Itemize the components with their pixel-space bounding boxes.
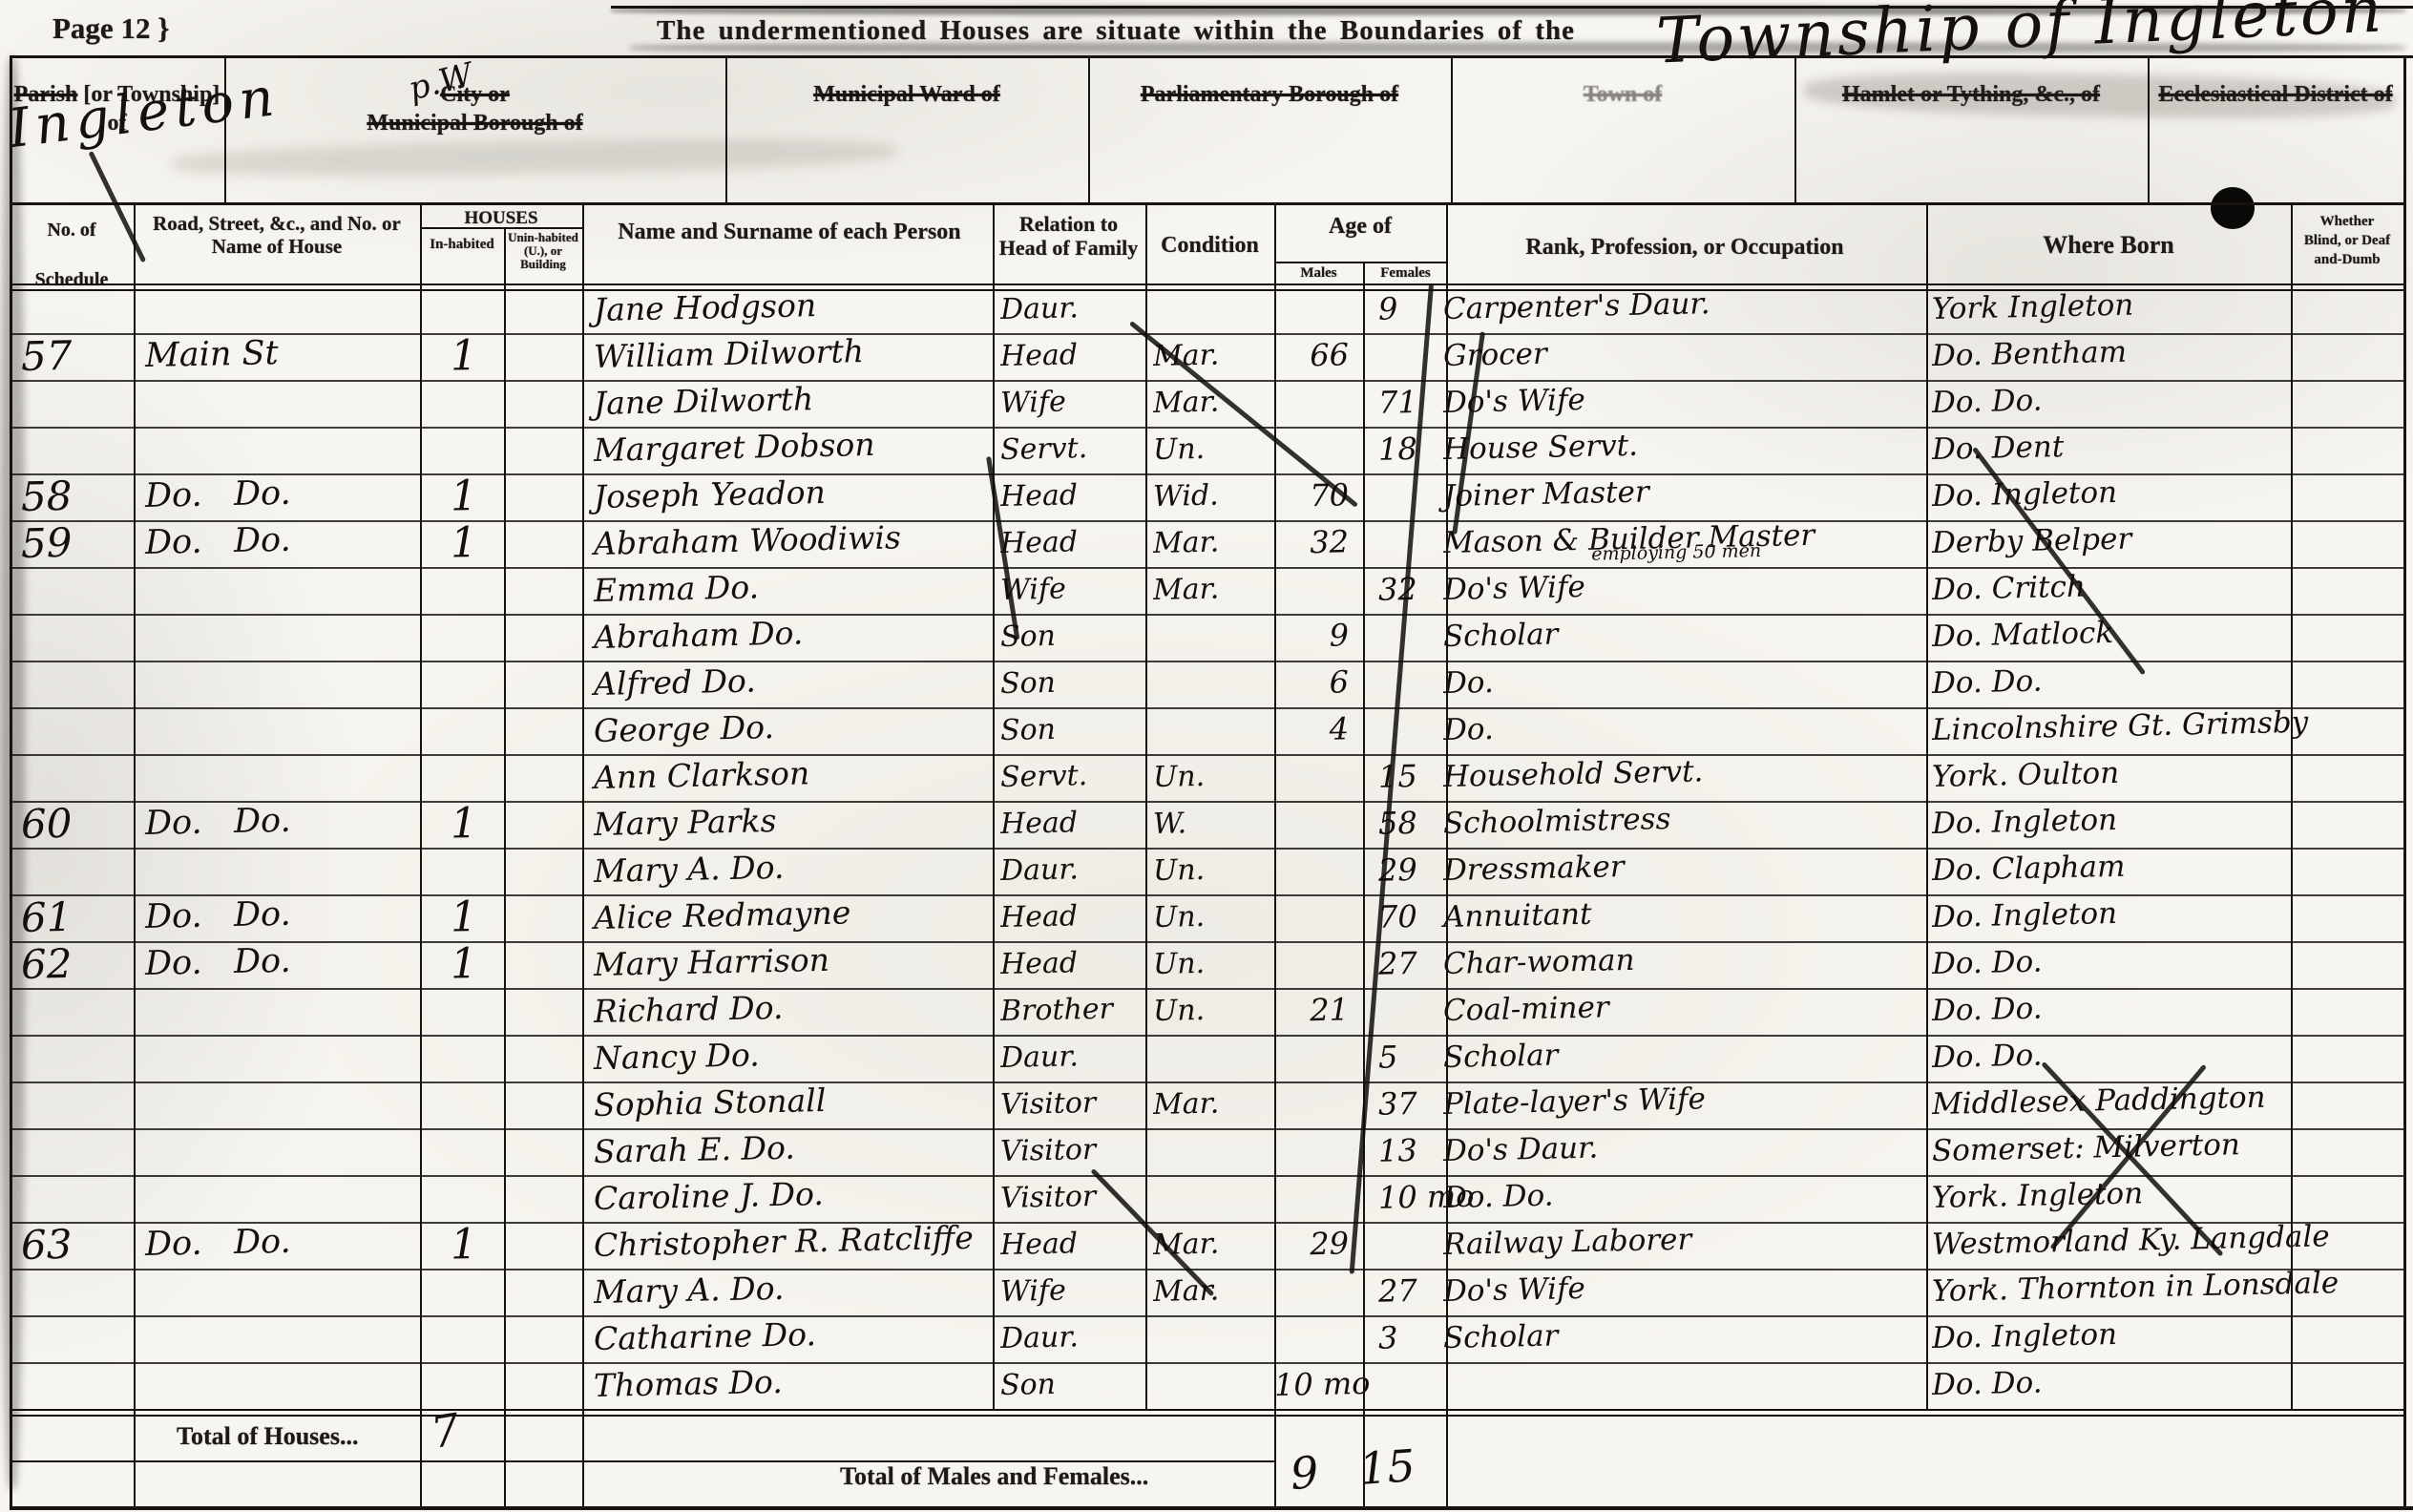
cell-road — [144, 1356, 412, 1409]
cell-road — [144, 655, 412, 707]
grid-line — [1446, 202, 1448, 1506]
cell-inhabited — [434, 1127, 493, 1175]
cell-born: York Ingleton — [1931, 279, 2293, 333]
grid-line — [1274, 262, 1446, 263]
grid-line — [134, 202, 136, 1506]
cell-inhabited: 1 — [434, 519, 493, 567]
cell-relation: Servt. — [999, 424, 1144, 473]
cell-age-male: 66 — [1273, 331, 1356, 380]
col-uninhabited: Unin-habited (U.), or Building — [505, 231, 581, 271]
cell-age-male: 29 — [1273, 1220, 1356, 1269]
cell-relation: Daur. — [999, 1312, 1144, 1362]
cell-road: Do. Do. — [144, 889, 412, 941]
total-houses-value: 7 — [428, 1403, 463, 1459]
cell-road — [144, 1310, 412, 1362]
cell-age-male: 9 — [1273, 612, 1356, 661]
table-row: 61 Do. Do. 1 Alice Redmayne Head Un. 70 … — [0, 894, 2413, 941]
ecclesiastical-label: Ecclesiastical District of — [2158, 82, 2392, 107]
cell-schedule: 61 — [20, 892, 126, 941]
cell-relation: Brother — [999, 985, 1144, 1035]
cell-condition: Mar. — [1152, 1219, 1269, 1269]
cell-age-female: 27 — [1368, 1267, 1445, 1315]
cell-inhabited — [434, 987, 493, 1035]
row-rule-line — [10, 614, 2403, 616]
table-row: Sophia Stonall Visitor Mar. 37 Plate-lay… — [0, 1081, 2413, 1128]
cell-schedule — [20, 1267, 126, 1315]
grid-line — [725, 57, 727, 202]
row-rule-line — [10, 661, 2403, 662]
cell-road — [144, 1263, 412, 1315]
cell-condition: Un. — [1152, 845, 1269, 894]
grid-line — [10, 1415, 2403, 1417]
row-rule-line — [10, 1269, 2403, 1270]
cell-relation: Son — [999, 1359, 1144, 1409]
grid-line — [1274, 202, 1276, 1506]
row-rule-line — [10, 801, 2403, 803]
cell-schedule: 57 — [20, 331, 126, 380]
cell-age-male — [1273, 1267, 1356, 1315]
grid-line — [582, 202, 584, 1506]
cell-age-male: 21 — [1273, 986, 1356, 1035]
cell-condition — [1152, 704, 1269, 754]
grid-line — [993, 202, 995, 1409]
cell-age-female — [1368, 1220, 1445, 1269]
cell-condition — [1152, 611, 1269, 661]
parl-borough-label: Parliamentary Borough of — [1141, 82, 1398, 107]
hamlet-label: Hamlet or Tything, &c., of — [1842, 82, 2100, 107]
district-cell-ecclesiastical: Ecclesiastical District of — [2148, 57, 2403, 202]
cell-age-female: 10 mo — [1368, 1173, 1445, 1222]
grid-line — [1451, 57, 1453, 202]
cell-age-female — [1368, 986, 1445, 1035]
cell-schedule: 59 — [20, 518, 126, 567]
cell-road — [144, 561, 412, 614]
col-age: Age of — [1274, 214, 1446, 239]
table-row: Caroline J. Do. Visitor 10 mo Do. Do. Yo… — [0, 1175, 2413, 1222]
col-age-males: Males — [1274, 265, 1363, 282]
grid-line — [1794, 57, 1796, 202]
cell-condition — [1152, 658, 1269, 707]
cell-condition: Mar. — [1152, 564, 1269, 614]
grid-line — [1363, 262, 1365, 1506]
cell-schedule: 58 — [20, 472, 126, 520]
table-row: Ann Clarkson Servt. Un. 15 Household Ser… — [0, 754, 2413, 801]
table-row: Catharine Do. Daur. 3 Scholar Do. Inglet… — [0, 1315, 2413, 1362]
cell-age-male — [1273, 1173, 1356, 1222]
page-number: Page 12 } — [52, 11, 169, 46]
cell-condition — [1152, 1359, 1269, 1409]
cell-relation: Head — [999, 330, 1144, 380]
table-row: Emma Do. Wife Mar. 32 Do's Wife Do. Crit… — [0, 567, 2413, 614]
cell-road: Do. Do. — [144, 1216, 412, 1269]
cell-relation: Son — [999, 611, 1144, 661]
grid-line — [10, 202, 2403, 205]
cell-age-male — [1273, 284, 1356, 333]
cell-inhabited — [434, 1081, 493, 1128]
cell-relation: Head — [999, 1219, 1144, 1269]
cell-age-male — [1273, 1080, 1356, 1128]
col-occupation: Rank, Profession, or Occupation — [1446, 235, 1923, 260]
table-row: Abraham Do. Son 9 Scholar Do. Matlock — [0, 614, 2413, 661]
cell-age-female: 13 — [1368, 1126, 1445, 1175]
cell-road — [144, 374, 412, 427]
cell-condition — [1152, 283, 1269, 333]
total-females-value: 15 — [1357, 1439, 1416, 1495]
cell-schedule — [20, 1126, 126, 1175]
cell-age-female: 9 — [1368, 284, 1445, 333]
cell-age-female — [1368, 705, 1445, 754]
grid-line — [2403, 55, 2406, 1506]
cell-relation: Head — [999, 798, 1144, 848]
grid-line — [224, 57, 226, 202]
total-houses-label: Total of Houses... — [177, 1422, 358, 1451]
cell-inhabited: 1 — [434, 800, 493, 848]
table-row: Margaret Dobson Servt. Un. 18 House Serv… — [0, 427, 2413, 473]
cell-inhabited — [434, 706, 493, 754]
grid-line — [10, 283, 2403, 285]
cell-condition: Un. — [1152, 424, 1269, 473]
cell-age-male — [1273, 378, 1356, 427]
cell-condition — [1152, 1125, 1269, 1175]
cell-relation: Daur. — [999, 1032, 1144, 1081]
cell-inhabited — [434, 379, 493, 427]
table-row: Richard Do. Brother Un. 21 Coal-miner Do… — [0, 988, 2413, 1035]
grid-line — [1088, 57, 1090, 202]
col-blind: WhetherBlind, or Deafand-Dumb — [2291, 212, 2403, 269]
cell-road — [144, 982, 412, 1035]
table-row: George Do. Son 4 Do. Lincolnshire Gt. Gr… — [0, 707, 2413, 754]
cell-schedule — [20, 565, 126, 614]
cell-inhabited: 1 — [434, 332, 493, 380]
row-rule-line — [10, 1222, 2403, 1224]
cell-schedule — [20, 284, 126, 333]
cell-road — [144, 608, 412, 661]
cell-relation: Wife — [999, 1266, 1144, 1315]
cell-inhabited: 1 — [434, 472, 493, 520]
cell-condition: Un. — [1152, 751, 1269, 801]
cell-age-male — [1273, 1313, 1356, 1362]
district-cell-town: Town of — [1451, 57, 1794, 202]
grid-line — [420, 227, 582, 229]
row-rule-line — [10, 1315, 2403, 1317]
cell-road — [144, 1029, 412, 1081]
cell-relation: Head — [999, 892, 1144, 941]
cell-condition: Mar. — [1152, 517, 1269, 567]
cell-age-female: 18 — [1368, 425, 1445, 473]
borough-label-line1: City or — [440, 82, 510, 107]
row-rule-line — [10, 707, 2403, 709]
total-males-value: 9 — [1289, 1446, 1320, 1500]
district-cell-borough: City or Municipal Borough of — [224, 57, 725, 202]
row-rule-line — [10, 1362, 2403, 1364]
table-row: Mary A. Do. Daur. Un. 29 Dressmaker Do. … — [0, 848, 2413, 894]
cell-road — [144, 1076, 412, 1128]
cell-age-female: 15 — [1368, 752, 1445, 801]
cell-road — [144, 842, 412, 894]
cell-condition — [1152, 1312, 1269, 1362]
col-inhabited: In-habited — [421, 237, 503, 253]
row-rule-line — [10, 427, 2403, 429]
table-row: 60 Do. Do. 1 Mary Parks Head W. 58 Schoo… — [0, 801, 2413, 848]
cell-inhabited — [434, 1174, 493, 1222]
cell-road — [144, 1169, 412, 1222]
table-row: Sarah E. Do. Visitor 13 Do's Daur. Somer… — [0, 1128, 2413, 1175]
cell-age-male — [1273, 892, 1356, 941]
grid-line — [2291, 202, 2293, 1409]
cell-road — [144, 421, 412, 473]
cell-age-male: 10 mo — [1273, 1360, 1356, 1409]
grid-line — [1926, 202, 1928, 1409]
cell-schedule: 63 — [20, 1220, 126, 1269]
cell-schedule — [20, 659, 126, 707]
grid-line — [10, 1460, 1274, 1462]
row-rule-line — [10, 1081, 2403, 1083]
cell-age-female: 3 — [1368, 1313, 1445, 1362]
cell-inhabited: 1 — [434, 1221, 493, 1269]
cell-inhabited — [434, 566, 493, 614]
cell-age-female — [1368, 612, 1445, 661]
col-age-females: Females — [1365, 265, 1446, 282]
col-condition: Condition — [1145, 233, 1274, 258]
cell-age-male — [1273, 799, 1356, 848]
ward-label: Municipal Ward of — [813, 82, 1000, 107]
cell-age-male — [1273, 752, 1356, 801]
cell-age-female: 5 — [1368, 1033, 1445, 1081]
cell-schedule — [20, 1313, 126, 1362]
district-cell-ward: Municipal Ward of — [725, 57, 1088, 202]
grid-line — [2148, 57, 2150, 202]
row-rule-line — [10, 941, 2403, 943]
table-row: 59 Do. Do. 1 Abraham Woodiwis Head Mar. … — [0, 520, 2413, 567]
row-rule-line — [10, 473, 2403, 475]
col-born: Where Born — [1926, 233, 2291, 258]
cell-occupation — [1442, 1353, 1920, 1409]
cell-age-male — [1273, 1126, 1356, 1175]
cell-condition: Un. — [1152, 938, 1269, 988]
cell-age-male: 6 — [1273, 659, 1356, 707]
cell-inhabited — [434, 1314, 493, 1362]
cell-schedule: 60 — [20, 799, 126, 848]
row-rule-line — [10, 1035, 2403, 1037]
borough-label-line2: Municipal Borough of — [367, 111, 582, 136]
cell-schedule — [20, 705, 126, 754]
cell-name: Jane Hodgson — [593, 278, 985, 333]
town-label: Town of — [1584, 82, 1662, 107]
grid-line — [10, 55, 12, 1506]
cell-relation: Son — [999, 658, 1144, 707]
district-cell-parl-borough: Parliamentary Borough of — [1088, 57, 1451, 202]
row-rule-line — [10, 1175, 2403, 1177]
cell-schedule — [20, 846, 126, 894]
cell-inhabited — [434, 660, 493, 707]
cell-age-male: 32 — [1273, 518, 1356, 567]
cell-age-male — [1273, 1033, 1356, 1081]
cell-schedule — [20, 425, 126, 473]
table-row: 57 Main St 1 William Dilworth Head Mar. … — [0, 333, 2413, 380]
cell-inhabited — [434, 1361, 493, 1409]
cell-condition — [1152, 1032, 1269, 1081]
cell-road: Do. Do. — [144, 795, 412, 848]
cell-age-female — [1368, 472, 1445, 520]
cell-condition — [1152, 1172, 1269, 1222]
cell-schedule — [20, 612, 126, 661]
cell-age-female: 58 — [1368, 799, 1445, 848]
cell-condition: Wid. — [1152, 471, 1269, 520]
cell-inhabited: 1 — [434, 893, 493, 941]
row-rule-line — [10, 894, 2403, 896]
cell-age-male — [1273, 846, 1356, 894]
ink-blot — [2211, 187, 2255, 229]
cell-inhabited — [434, 613, 493, 661]
cell-road: Do. Do. — [144, 935, 412, 988]
cell-road: Do. Do. — [144, 514, 412, 567]
cell-inhabited — [434, 1034, 493, 1081]
cell-schedule — [20, 1080, 126, 1128]
cell-schedule — [20, 1360, 126, 1409]
cell-schedule — [20, 1173, 126, 1222]
grid-line — [10, 289, 2403, 291]
cell-relation: Visitor — [999, 1125, 1144, 1175]
cell-age-male — [1273, 939, 1356, 988]
cell-relation: Head — [999, 471, 1144, 520]
cell-schedule — [20, 378, 126, 427]
row-rule-line — [10, 754, 2403, 756]
grid-line — [10, 55, 2413, 58]
grid-line — [10, 1409, 2403, 1411]
col-schedule: No. ofSchedule — [10, 218, 134, 292]
cell-inhabited — [434, 1268, 493, 1315]
cell-inhabited — [434, 753, 493, 801]
cell-age-female: 37 — [1368, 1080, 1445, 1128]
grid-line — [10, 1506, 2413, 1510]
cell-road: Main St — [144, 327, 412, 380]
cell-relation: Head — [999, 938, 1144, 988]
row-rule-line — [10, 520, 2403, 522]
total-males-females-label: Total of Males and Females... — [840, 1462, 1148, 1491]
cell-relation: Wife — [999, 564, 1144, 614]
col-name: Name and Surname of each Person — [584, 220, 995, 244]
cell-age-male: 4 — [1273, 705, 1356, 754]
table-row: Thomas Do. Son 10 mo Do. Do. — [0, 1362, 2413, 1409]
cell-relation: Servt. — [999, 751, 1144, 801]
cell-road — [144, 702, 412, 754]
cell-age-female — [1368, 659, 1445, 707]
cell-inhabited — [434, 426, 493, 473]
cell-schedule — [20, 1033, 126, 1081]
cell-relation: Son — [999, 704, 1144, 754]
grid-line — [420, 202, 422, 1506]
cell-relation: Wife — [999, 377, 1144, 427]
cell-relation: Visitor — [999, 1079, 1144, 1128]
row-rule-line — [10, 988, 2403, 990]
cell-relation: Daur. — [999, 845, 1144, 894]
cell-age-female: 71 — [1368, 378, 1445, 427]
cell-schedule: 62 — [20, 939, 126, 988]
cell-condition: Un. — [1152, 985, 1269, 1035]
table-row: Alfred Do. Son 6 Do. Do. Do. — [0, 661, 2413, 707]
table-row: Jane Hodgson Daur. 9 Carpenter's Daur. Y… — [0, 286, 2413, 333]
col-road: Road, Street, &c., and No. or Name of Ho… — [138, 212, 415, 258]
row-rule-line — [10, 567, 2403, 569]
cell-inhabited — [434, 847, 493, 894]
grid-line — [611, 6, 2413, 9]
cell-relation: Head — [999, 517, 1144, 567]
cell-condition: W. — [1152, 798, 1269, 848]
row-rule-line — [10, 333, 2403, 335]
cell-inhabited: 1 — [434, 940, 493, 988]
cell-condition: Mar. — [1152, 1079, 1269, 1128]
cell-schedule — [20, 752, 126, 801]
cell-age-female — [1368, 1360, 1445, 1409]
page-title: The undermentioned Houses are situate wi… — [657, 15, 1575, 47]
col-relation: Relation to Head of Family — [995, 212, 1143, 260]
grid-line — [504, 227, 506, 1506]
census-sheet: Page 12 } The undermentioned Houses are … — [0, 0, 2413, 1512]
cell-condition: Un. — [1152, 892, 1269, 941]
row-rule-line — [10, 848, 2403, 850]
table-row: 62 Do. Do. 1 Mary Harrison Head Un. 27 C… — [0, 941, 2413, 988]
cell-road: Do. Do. — [144, 468, 412, 520]
cell-road — [144, 1123, 412, 1175]
district-cell-hamlet: Hamlet or Tything, &c., of — [1794, 57, 2148, 202]
cell-road — [144, 748, 412, 801]
cell-age-female — [1368, 331, 1445, 380]
cell-schedule — [20, 986, 126, 1035]
cell-age-male — [1273, 565, 1356, 614]
row-rule-line — [10, 1128, 2403, 1130]
cell-inhabited — [434, 285, 493, 333]
table-row: 58 Do. Do. 1 Joseph Yeadon Head Wid. 70 … — [0, 473, 2413, 520]
